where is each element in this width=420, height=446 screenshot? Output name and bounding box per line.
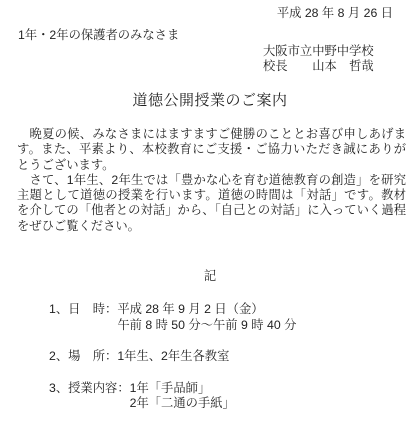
document-title: 道徳公開授業のご案内: [0, 93, 420, 108]
lesson-grade2-line: 2年「二通の手紙」: [130, 396, 235, 412]
datetime-date-line: 平成 28 年 9 月 2 日（金）: [117, 302, 296, 318]
item-value-lesson-content: 1年「手品師」 2年「二通の手紙」: [130, 381, 235, 412]
greeting-paragraph: 晩夏の候、みなさまにはますますご健勝のこととお喜び申しあげます。また、平素より、…: [17, 127, 406, 173]
addressee-line: 1年・2年の保護者のみなさま: [18, 28, 179, 43]
main-paragraph: さて、1年生、2年生では「豊かな心を育む道徳教育の創造」を研究主題として道徳の授…: [17, 173, 406, 234]
details-list: 1、日 時： 平成 28 年 9 月 2 日（金） 午前 8 時 50 分～午前…: [49, 302, 410, 428]
sender-block: 大阪市立中野中学校 校長 山本 哲哉: [263, 44, 374, 73]
list-item-lesson-content: 3、授業内容： 1年「手品師」 2年「二通の手紙」: [49, 381, 410, 412]
list-item-place: 2、場 所： 1年生、2年生各教室: [49, 349, 410, 365]
item-label-place: 2、場 所：: [49, 349, 117, 365]
item-label-datetime: 1、日 時：: [49, 302, 117, 318]
item-value-place: 1年生、2年生各教室: [117, 349, 229, 365]
item-value-datetime: 平成 28 年 9 月 2 日（金） 午前 8 時 50 分～午前 9 時 40…: [117, 302, 296, 333]
sender-school-name: 大阪市立中野中学校: [263, 44, 374, 59]
sender-principal-name: 校長 山本 哲哉: [263, 59, 374, 74]
lesson-grade1-line: 1年「手品師」: [130, 381, 235, 397]
place-line: 1年生、2年生各教室: [117, 349, 229, 365]
datetime-time-line: 午前 8 時 50 分～午前 9 時 40 分: [117, 318, 296, 334]
body-text: 晩夏の候、みなさまにはますますご健勝のこととお喜び申しあげます。また、平素より、…: [17, 127, 406, 234]
item-label-lesson-content: 3、授業内容：: [49, 381, 130, 397]
issue-date: 平成 28 年 8 月 26 日: [277, 6, 393, 21]
record-marker: 記: [0, 269, 420, 284]
letter-document: 平成 28 年 8 月 26 日 1年・2年の保護者のみなさま 大阪市立中野中学…: [0, 0, 420, 446]
list-item-datetime: 1、日 時： 平成 28 年 9 月 2 日（金） 午前 8 時 50 分～午前…: [49, 302, 410, 333]
